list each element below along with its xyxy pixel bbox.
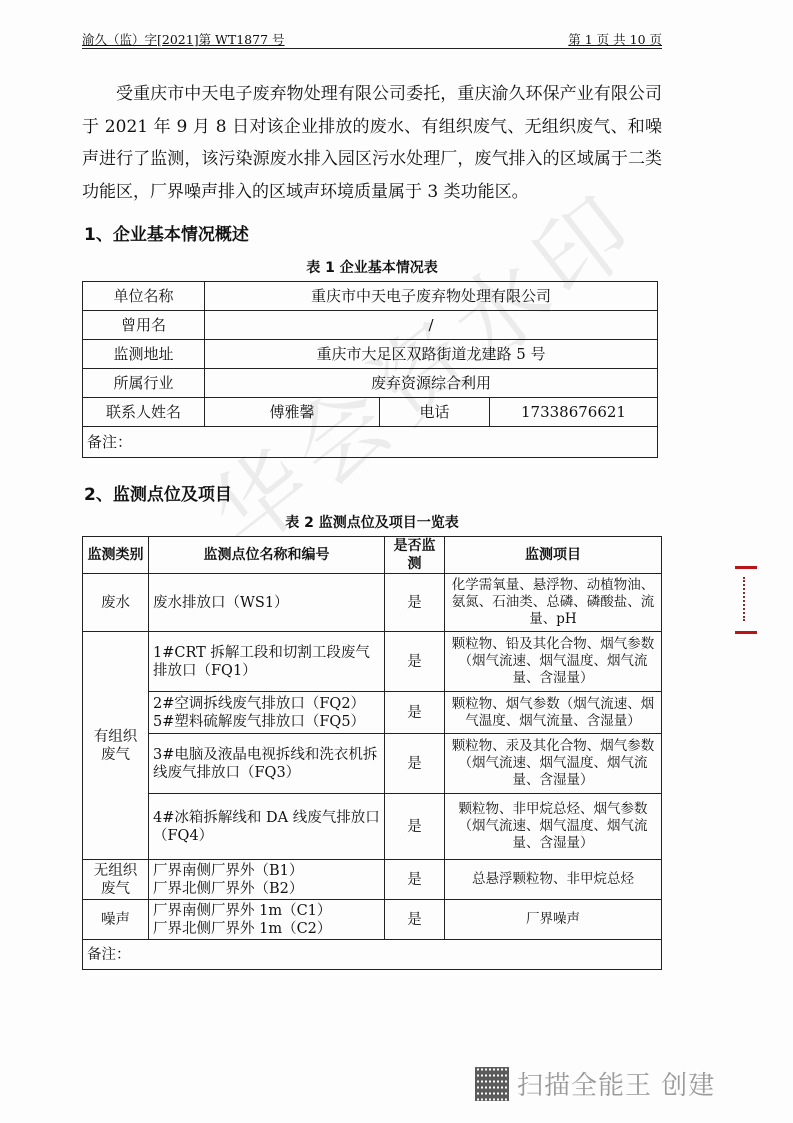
qr-code-icon [475,1067,509,1101]
contact-label: 联系人姓名 [83,398,205,427]
scanner-watermark-logo: 扫描全能王 创建 [475,1065,715,1102]
point-line: 厂界南侧厂界外 1m（C1） [153,902,380,920]
category-cell: 废水 [83,574,149,632]
column-header: 是否监测 [385,537,445,574]
monitored-cell: 是 [385,692,445,734]
category-cell: 有组织废气 [83,632,149,860]
point-line: 5#塑料硫解废气排放口（FQ5） [153,713,380,731]
items-cell: 颗粒物、汞及其化合物、烟气参数（烟气流速、烟气温度、烟气流量、含湿量） [445,734,662,794]
table-row: 监测地址 重庆市大足区双路街道龙建路 5 号 [83,340,658,369]
document-number: 渝久（监）字[2021]第 WT1877 号 [82,30,285,48]
point-line: 2#空调拆线废气排放口（FQ2） [153,695,380,713]
table-row: 有组织废气 1#CRT 拆解工段和切割工段废气排放口（FQ1） 是 颗粒物、铅及… [83,632,662,692]
table-row: 废水 废水排放口（WS1） 是 化学需氧量、悬浮物、动植物油、氨氮、石油类、总磷… [83,574,662,632]
table-2-caption: 表 2 监测点位及项目一览表 [82,512,662,532]
point-cell: 2#空调拆线废气排放口（FQ2） 5#塑料硫解废气排放口（FQ5） [149,692,385,734]
intro-paragraph: 受重庆市中天电子废弃物处理有限公司委托，重庆渝久环保产业有限公司于 2021 年… [82,78,662,208]
point-line: 厂界南侧厂界外（B1） [153,862,380,880]
point-cell: 3#电脑及液晶电视拆线和洗衣机拆线废气排放口（FQ3） [149,734,385,794]
phone-label: 电话 [380,398,490,427]
monitored-cell: 是 [385,900,445,940]
address-value: 重庆市大足区双路街道龙建路 5 号 [205,340,658,369]
former-name-value: / [205,311,658,340]
table-row: 联系人姓名 傅雅馨 电话 17338676621 [83,398,658,427]
page-header: 渝久（监）字[2021]第 WT1877 号 第 1 页 共 10 页 [82,28,662,49]
table-row: 备注： [83,427,658,458]
monitored-cell: 是 [385,734,445,794]
point-cell: 废水排放口（WS1） [149,574,385,632]
point-cell: 1#CRT 拆解工段和切割工段废气排放口（FQ1） [149,632,385,692]
table-row: 2#空调拆线废气排放口（FQ2） 5#塑料硫解废气排放口（FQ5） 是 颗粒物、… [83,692,662,734]
column-header: 监测点位名称和编号 [149,537,385,574]
table-header-row: 监测类别 监测点位名称和编号 是否监测 监测项目 [83,537,662,574]
seal-stamp-fragment [735,566,757,634]
phone-value: 17338676621 [490,398,658,427]
category-cell: 无组织废气 [83,860,149,900]
table-row: 备注： [83,940,662,970]
table-row: 噪声 厂界南侧厂界外 1m（C1） 厂界北侧厂界外 1m（C2） 是 厂界噪声 [83,900,662,940]
industry-value: 废弃资源综合利用 [205,369,658,398]
scanner-brand-text: 扫描全能王 创建 [517,1065,715,1102]
point-line: 厂界北侧厂界外 1m（C2） [153,920,380,938]
column-header: 监测项目 [445,537,662,574]
monitored-cell: 是 [385,860,445,900]
table-row: 4#冰箱拆解线和 DA 线废气排放口（FQ4） 是 颗粒物、非甲烷总烃、烟气参数… [83,794,662,860]
contact-value: 傅雅馨 [205,398,380,427]
table-row: 3#电脑及液晶电视拆线和洗衣机拆线废气排放口（FQ3） 是 颗粒物、汞及其化合物… [83,734,662,794]
items-cell: 颗粒物、铅及其化合物、烟气参数（烟气流速、烟气温度、烟气流量、含湿量） [445,632,662,692]
table-row: 所属行业 废弃资源综合利用 [83,369,658,398]
company-name-label: 单位名称 [83,282,205,311]
column-header: 监测类别 [83,537,149,574]
former-name-label: 曾用名 [83,311,205,340]
monitored-cell: 是 [385,632,445,692]
section-2-heading: 2、监测点位及项目 [84,480,232,505]
items-cell: 颗粒物、烟气参数（烟气流速、烟气温度、烟气流量、含湿量） [445,692,662,734]
stamp-marks [743,577,751,621]
items-cell: 总悬浮颗粒物、非甲烷总烃 [445,860,662,900]
point-line: 厂界北侧厂界外（B2） [153,880,380,898]
table-1-caption: 表 1 企业基本情况表 [82,257,662,277]
items-cell: 颗粒物、非甲烷总烃、烟气参数（烟气流速、烟气温度、烟气流量、含湿量） [445,794,662,860]
items-cell: 化学需氧量、悬浮物、动植物油、氨氮、石油类、总磷、磷酸盐、流量、pH [445,574,662,632]
table-row: 无组织废气 厂界南侧厂界外（B1） 厂界北侧厂界外（B2） 是 总悬浮颗粒物、非… [83,860,662,900]
page-indicator: 第 1 页 共 10 页 [568,30,662,48]
monitored-cell: 是 [385,794,445,860]
table-2-note: 备注： [83,940,662,970]
table-row: 单位名称 重庆市中天电子废弃物处理有限公司 [83,282,658,311]
address-label: 监测地址 [83,340,205,369]
table-row: 曾用名 / [83,311,658,340]
company-info-table: 单位名称 重庆市中天电子废弃物处理有限公司 曾用名 / 监测地址 重庆市大足区双… [82,281,658,458]
point-cell: 4#冰箱拆解线和 DA 线废气排放口（FQ4） [149,794,385,860]
monitored-cell: 是 [385,574,445,632]
table-1-note: 备注： [83,427,658,458]
point-cell: 厂界南侧厂界外（B1） 厂界北侧厂界外（B2） [149,860,385,900]
items-cell: 厂界噪声 [445,900,662,940]
company-name-value: 重庆市中天电子废弃物处理有限公司 [205,282,658,311]
industry-label: 所属行业 [83,369,205,398]
monitoring-points-table: 监测类别 监测点位名称和编号 是否监测 监测项目 废水 废水排放口（WS1） 是… [82,536,662,970]
section-1-heading: 1、企业基本情况概述 [84,220,249,245]
point-cell: 厂界南侧厂界外 1m（C1） 厂界北侧厂界外 1m（C2） [149,900,385,940]
category-cell: 噪声 [83,900,149,940]
